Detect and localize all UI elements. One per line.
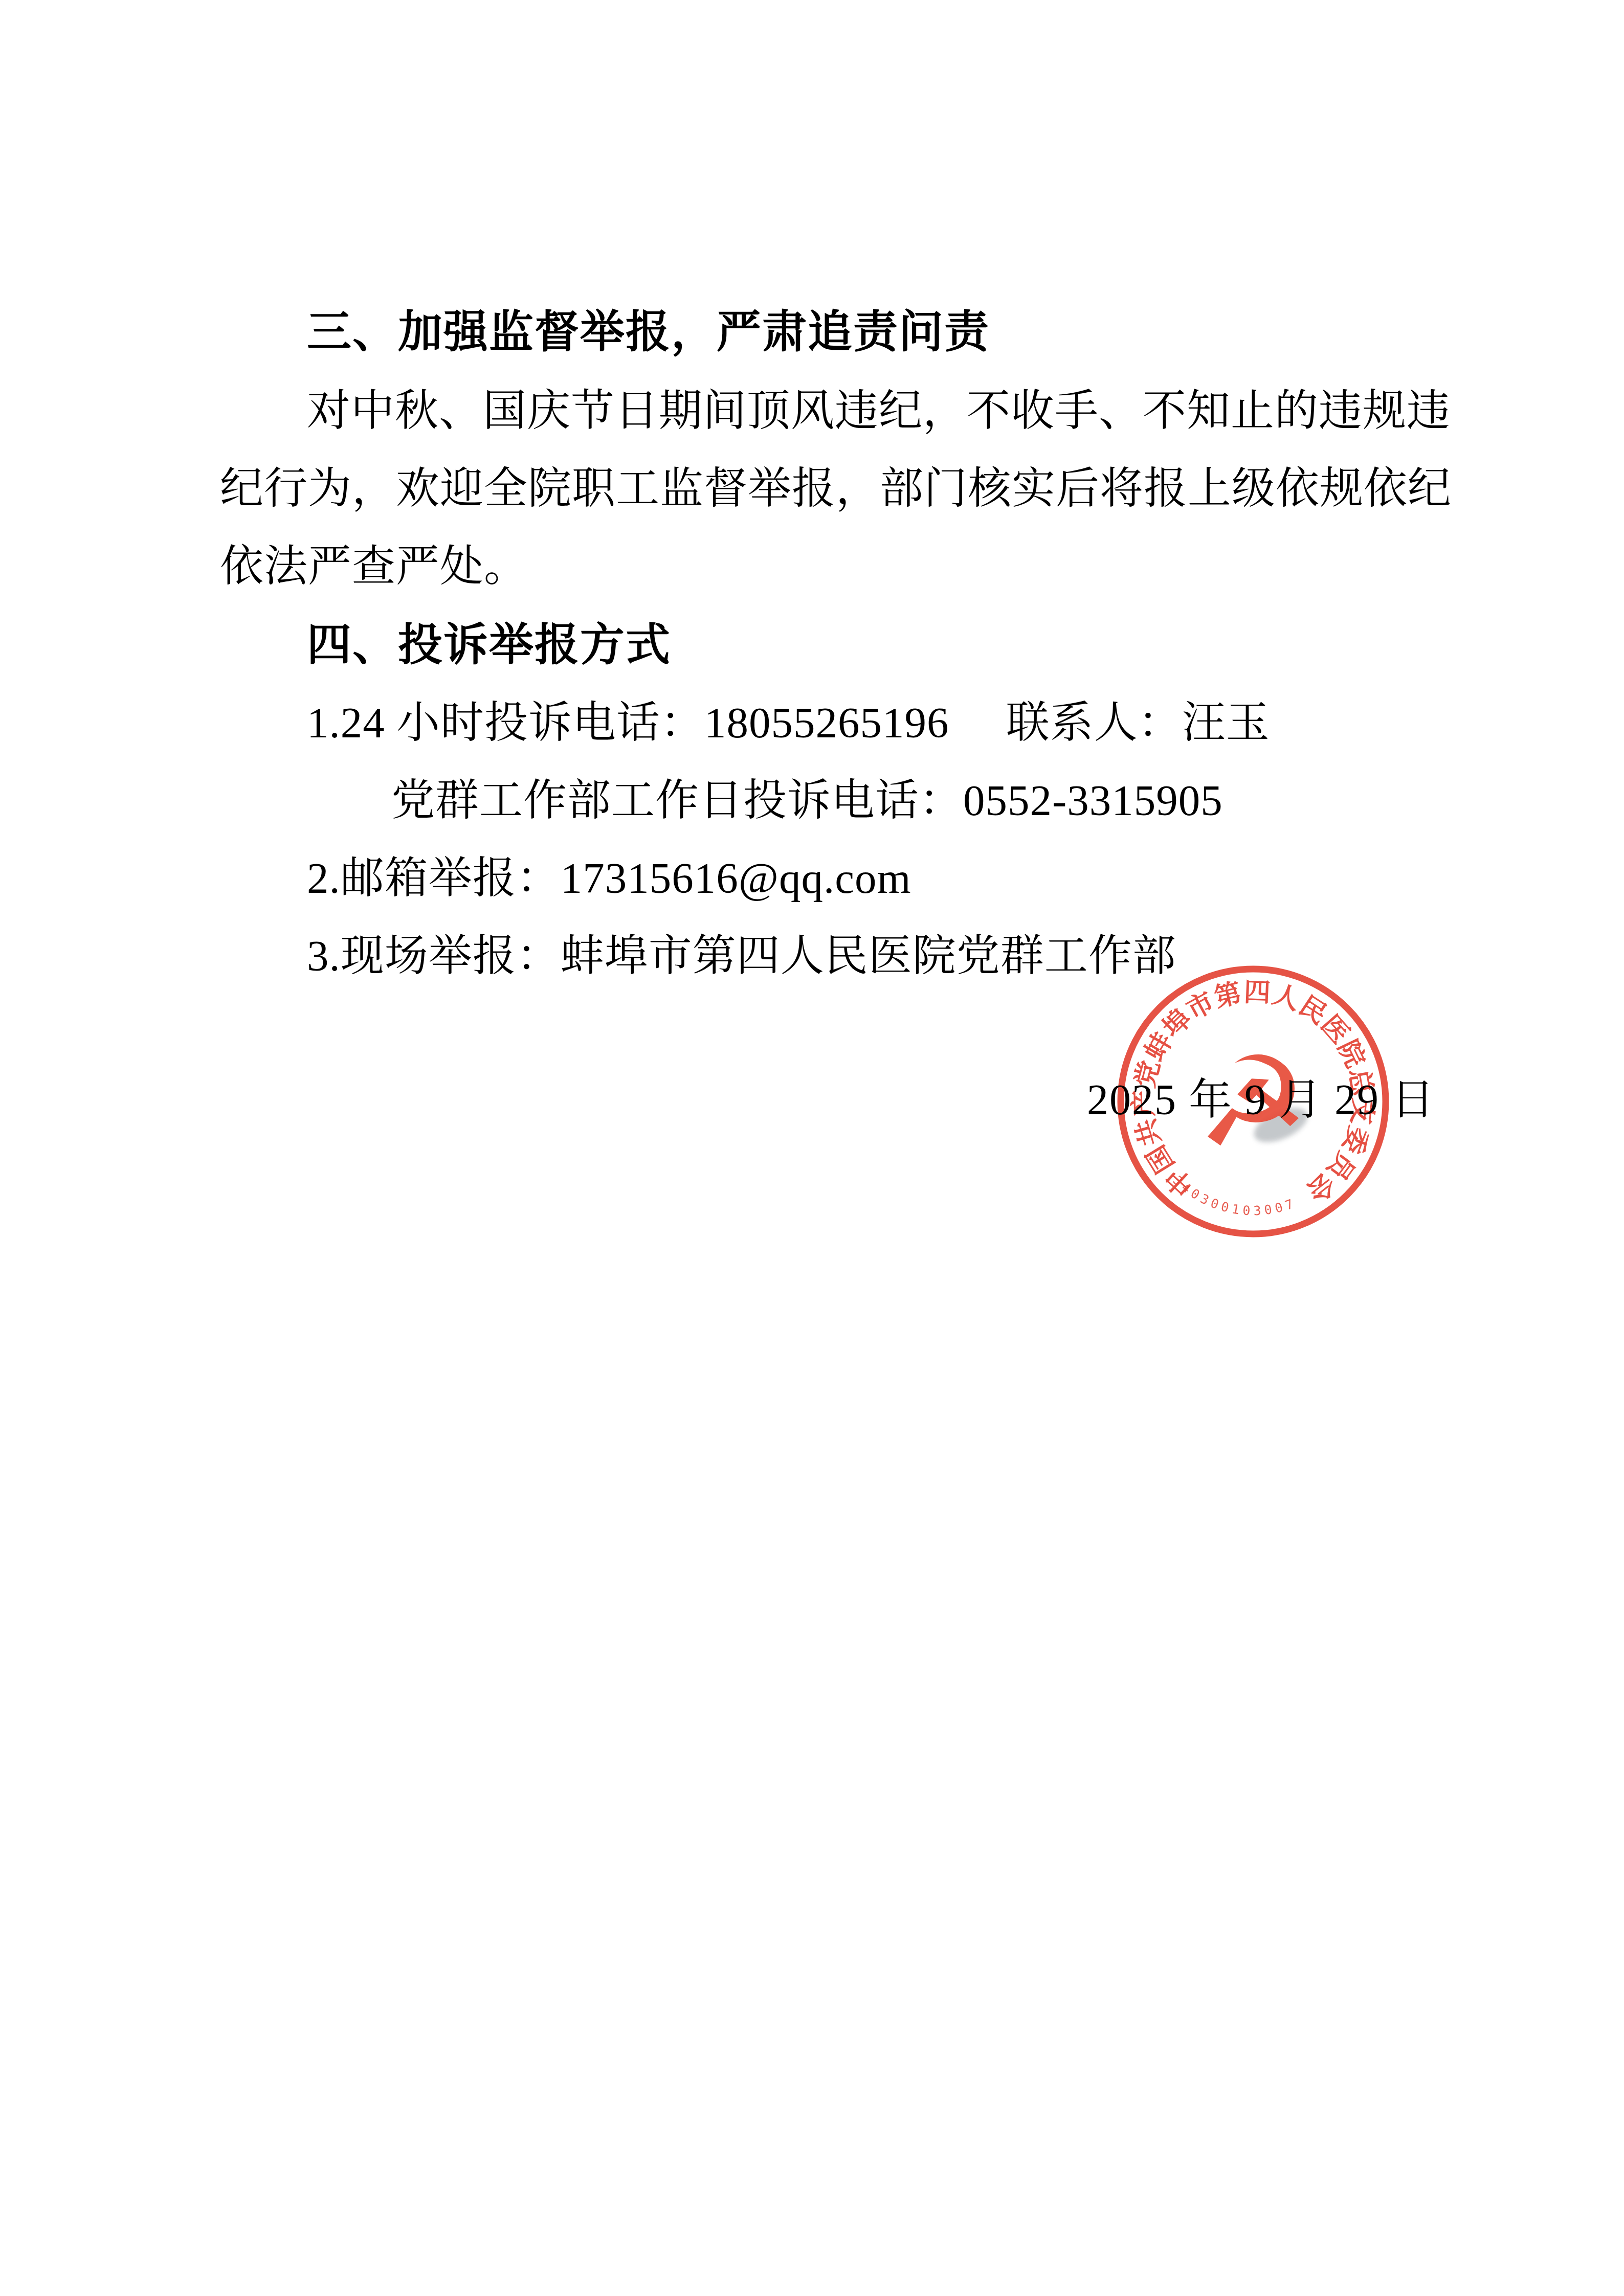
paragraph-line-2: 纪行为，欢迎全院职工监督举报，部门核实后将报上级依规依纪 <box>220 464 1452 514</box>
document-page: 三、加强监督举报，严肃追责问责 对中秋、国庆节日期间顶风违纪，不收手、不知止的违… <box>0 0 1624 2296</box>
onsite-report-item: 3.现场举报：蚌埠市第四人民医院党群工作部 <box>307 932 1176 982</box>
section-four-heading: 四、投诉举报方式 <box>307 620 671 671</box>
hammer-sickle-icon: ☭ <box>1197 1030 1309 1175</box>
email-report-item: 2.邮箱举报：17315616@qq.com <box>307 854 911 904</box>
complaint-hotline-item: 1.24 小时投诉电话：18055265196 联系人：汪玉 <box>307 699 1270 749</box>
official-seal: ☭ 中国共产党蚌埠市第四人民医院总支委员会 340300103007 <box>1117 965 1389 1237</box>
section-three-heading: 三、加强监督举报，严肃追责问责 <box>307 307 990 358</box>
paragraph-line-1: 对中秋、国庆节日期间顶风违纪，不收手、不知止的违规违 <box>307 387 1451 437</box>
workday-hotline-item: 党群工作部工作日投诉电话：0552-3315905 <box>391 776 1223 826</box>
paragraph-line-3: 依法严查严处。 <box>220 542 528 592</box>
